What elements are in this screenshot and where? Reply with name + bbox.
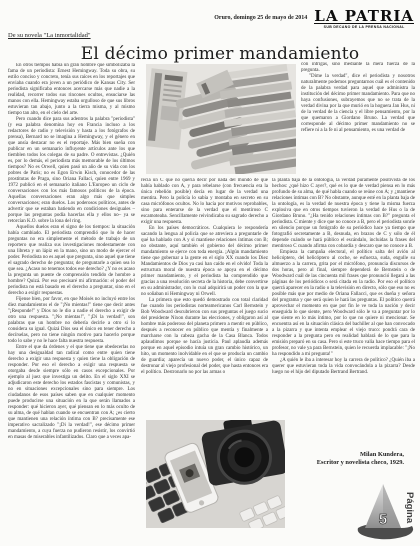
article-kicker: De su novela "La inmortalidad" bbox=[8, 32, 91, 39]
paragraph: Empieza la campaña electoral, el polític… bbox=[272, 250, 415, 358]
paragraph: En los países democráticos. Cualquiera l… bbox=[141, 226, 268, 298]
paragraph: Fíjense bien, por favor, en que Moisés n… bbox=[8, 297, 135, 345]
paragraph: "Dime la verdad", dice el periodista y n… bbox=[301, 74, 415, 134]
la-patria-logo: LA PATRIA SUB DECANO DE LA PRENSA NACION… bbox=[314, 9, 414, 29]
paragraph: con intrigas, sino mediante la mera fuer… bbox=[301, 62, 415, 74]
stacked-newspapers-photo bbox=[146, 64, 296, 174]
paragraph: ¿A quién le iba a interesar hoy la carre… bbox=[272, 358, 415, 376]
paragraph: Entre el que da órdenes y el que tiene q… bbox=[8, 345, 135, 441]
logo-text: LA PATRIA bbox=[314, 9, 414, 23]
paragraph: La primera que esto quedó demostrado con… bbox=[141, 298, 268, 376]
paragraph: la planta baja de la ontología, la verda… bbox=[272, 178, 415, 250]
article-column-3-bottom: la planta baja de la ontología, la verda… bbox=[272, 178, 415, 446]
page-label: Página bbox=[404, 492, 415, 524]
newspaper-page: Oruro, domingo 25 de mayo de 2014 LA PAT… bbox=[0, 0, 420, 546]
byline-author: Milan Kundera, bbox=[272, 451, 404, 459]
paragraph: Pero cuando dice para sus adentros la pa… bbox=[8, 117, 135, 225]
paragraph: recía un C que no quería decir por nada … bbox=[141, 178, 268, 226]
byline-role: Escritor y novelista checo, 1929. bbox=[272, 459, 404, 467]
article-headline: El décimo primer mandamiento bbox=[30, 44, 410, 64]
page-number-marker: 5 Página bbox=[356, 480, 416, 542]
article-column-2: recía un C que no quería decir por nada … bbox=[141, 178, 268, 417]
paragraph: Aquellos duelos eran el signo de los tie… bbox=[8, 225, 135, 297]
camera-smartphone-keyboard-photo bbox=[146, 420, 285, 528]
page-number: 5 bbox=[379, 511, 387, 528]
article-column-3-top: con intrigas, sino mediante la mera fuer… bbox=[301, 62, 415, 177]
byline-block: Milan Kundera, Escritor y novelista chec… bbox=[272, 451, 410, 467]
article-column-1: En otros tiempos había un gran hombre qu… bbox=[8, 63, 135, 537]
dateline: Oruro, domingo 25 de mayo de 2014 bbox=[214, 15, 307, 21]
masthead: Oruro, domingo 25 de mayo de 2014 LA PAT… bbox=[214, 9, 414, 29]
paragraph: En otros tiempos había un gran hombre qu… bbox=[8, 63, 135, 117]
